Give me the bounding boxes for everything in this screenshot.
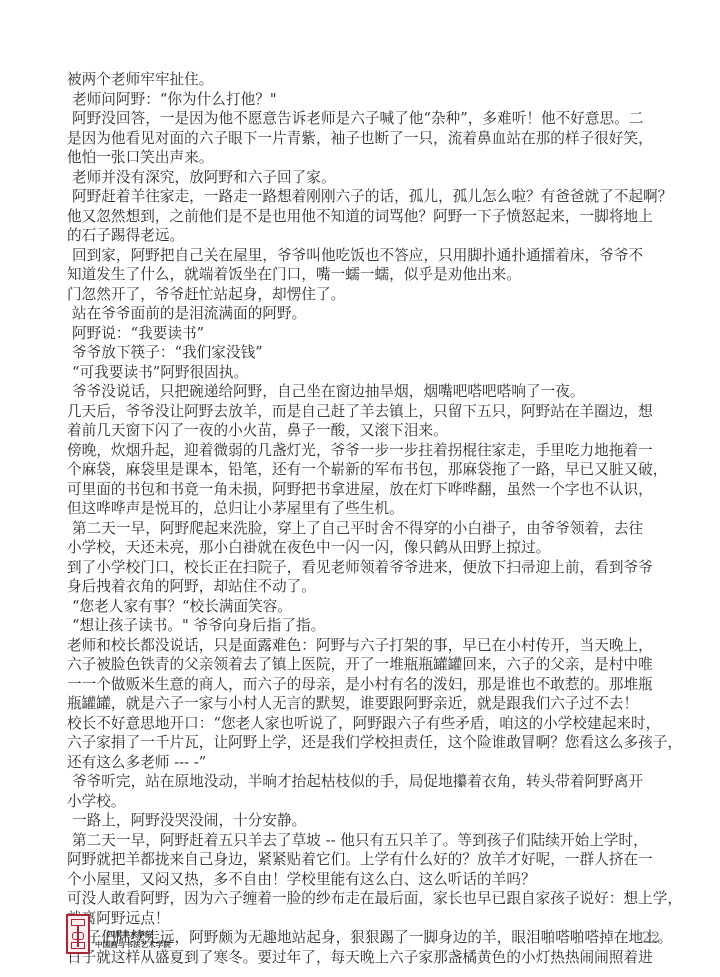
text-line: 可没人敢看阿野，因为六子缠着一脸的纱布走在最后面，家长也早已跟自家孩子说好：想上…	[67, 889, 657, 909]
text-line: 站在爷爷面前的是泪流满面的阿野。	[67, 304, 657, 324]
text-line: 他又忽然想到，之前他们是不是也用他不知道的词骂他？阿野一下子愤怒起来，一脚将地上	[67, 207, 657, 227]
text-line: “您老人家有事？“校长满面笑容。	[67, 597, 657, 617]
logo-mid-ring	[72, 932, 84, 940]
document-body: 被两个老师牢牢扯住。老师问阿野：“你为什么打他？"阿野没回答，一是因为他不愿意告…	[67, 70, 657, 967]
text-line: 几天后，爷爷没让阿野去放羊，而是自己赶了羊去镇上，只留下五只，阿野站在羊圈边，想	[67, 402, 657, 422]
text-line: 老师并没有深究，放阿野和六子回了家。	[67, 168, 657, 188]
text-line: 身后拽着衣角的阿野，却站住不动了。	[67, 577, 657, 597]
text-line: 瓶罐罐，就是六子一家与小村人无言的默契，谁要跟阿野亲近，就是跟我们六子过不去！	[67, 694, 657, 714]
institution-line-1: 四川美术学院	[95, 930, 171, 940]
text-line: “可我要读书”阿野很固执。	[67, 363, 657, 383]
text-line: 回到家，阿野把自己关在屋里，爷爷叫他吃饭也不答应，只用脚扑通扑通擂着床，爷爷不	[67, 246, 657, 266]
logo-bottom-bar	[71, 942, 85, 949]
text-line: 爷爷没说话，只把碗递给阿野，自己坐在窗边抽旱烟，烟嘴吧嗒吧嗒响了一夜。	[67, 382, 657, 402]
text-line: 小学校，天还未亮，那小白褂就在夜色中一闪一闪，像只鹤从田野上掠过。	[67, 538, 657, 558]
page-number: 22	[642, 930, 660, 946]
text-line: 阿野赶着羊往家走，一路走一路想着刚刚六子的话，孤儿，孤儿怎么啦？有爸爸就了不起啊…	[67, 187, 657, 207]
institution-name: 四川美术学院 中国画与书法艺术学院	[95, 930, 171, 950]
text-line: 知道发生了什么，就端着饭坐在门口，嘴一蠕一蠕，似乎是劝他出来。	[67, 265, 657, 285]
text-line: 小学校。	[67, 792, 657, 812]
text-line: 是因为他看见对面的六子眼下一片青紫，袖子也断了一只，流着鼻血站在那的样子很好笑，	[67, 129, 657, 149]
text-line: 爷爷放下筷子：“我们家没钱”	[67, 343, 657, 363]
text-line: 就离阿野远点！	[67, 909, 657, 929]
text-line: 六子家捐了一千片瓦，让阿野上学，还是我们学校担责任，这个险谁敢冒啊？您看这么多孩…	[67, 733, 657, 753]
seal-logo-icon	[66, 914, 90, 954]
text-line: “想让孩子读书。" 爷爷向身后指了指。	[67, 616, 657, 636]
text-line: 阿野就把羊都拢来自己身边，紧紧贴着它们。上学有什么好的？放羊才好呢，一群人挤在一	[67, 850, 657, 870]
text-line: 的石子踢得老远。	[67, 226, 657, 246]
text-line: 阿野说：“我要读书”	[67, 324, 657, 344]
institution-line-2: 中国画与书法艺术学院	[95, 940, 171, 950]
text-line: 门忽然开了，爷爷赶忙站起身，却愣住了。	[67, 285, 657, 305]
text-line: 个麻袋，麻袋里是课本，铅笔，还有一个崭新的军布书包，那麻袋拖了一路，早已又脏又破…	[67, 460, 657, 480]
text-line: 一路上，阿野没哭没闹，十分安静。	[67, 811, 657, 831]
text-line: 可里面的书包和书竟一角未损，阿野把书拿进屋，放在灯下哗哗翻，虽然一个字也不认识，	[67, 480, 657, 500]
text-line: 日子就这样从盛夏到了寒冬。要过年了，每天晚上六子家那盏橘黄色的小灯热热闹闹照着进	[67, 948, 657, 968]
text-line: 但这哗哗声是悦耳的，总归让小茅屋里有了些生机。	[67, 499, 657, 519]
text-line: 着前几天窗下闪了一夜的小火苗，鼻子一酸，又滚下泪来。	[67, 421, 657, 441]
text-line: 傍晚，炊烟升起，迎着微弱的几盏灯光，爷爷一步一步拄着拐棍往家走，手里吃力地拖着一	[67, 441, 657, 461]
text-line: 阿野没回答，一是因为他不愿意告诉老师是六子喊了他“杂种”，多难听！他不好意思。二	[67, 109, 657, 129]
text-line: 老师问阿野：“你为什么打他？"	[67, 90, 657, 110]
text-line: 被两个老师牢牢扯住。	[67, 70, 657, 90]
text-line: 一一个做贩米生意的商人，而六子的母亲，是小村有名的泼妇，那是谁也不敢惹的。那堆瓶	[67, 675, 657, 695]
text-line: 他怕一张口笑出声来。	[67, 148, 657, 168]
text-line: 第二天一早，阿野爬起来洗脸，穿上了自己平时舍不得穿的小白褂子，由爷爷领着，去往	[67, 519, 657, 539]
text-line: 校长不好意思地开口：“您老人家也听说了，阿野跟六子有些矛盾，咱这的小学校建起来时…	[67, 714, 657, 734]
text-line: 还有这么多老师 --- -”	[67, 753, 657, 773]
text-line: 到了小学校门口，校长正在扫院子，看见老师领着爷爷进来，便放下扫帚迎上前，看到爷爷	[67, 558, 657, 578]
text-line: 老师和校长都没说话，只是面露难色：阿野与六子打架的事，早已在小村传开，当天晚上，	[67, 636, 657, 656]
text-line: 第二天一早，阿野赶着五只羊去了草坡 -- 他只有五只羊了。等到孩子们陆续开始上学…	[67, 831, 657, 851]
text-line: 爷爷听完，站在原地没动，半晌才抬起枯枝似的手，局促地攥着衣角，转头带着阿野离开	[67, 772, 657, 792]
text-line: 六子被脸色铁青的父亲领着去了镇上医院，开了一堆瓶瓶罐罐回来，六子的父亲，是村中唯	[67, 655, 657, 675]
text-line: 个小屋里，又闷又热，多不自由！学校里能有这么白、这么听话的羊吗？	[67, 870, 657, 890]
